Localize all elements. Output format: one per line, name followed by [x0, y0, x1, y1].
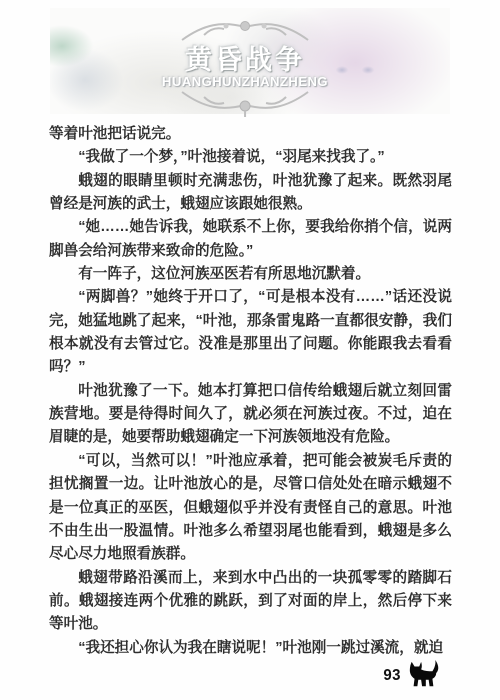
paragraph: “我做了一个梦，”叶池接着说，“羽尾来找我了。”	[49, 146, 452, 169]
series-title: 黄昏战争	[185, 46, 305, 74]
page-number: 93	[383, 666, 401, 684]
paragraph: 有一阵子，这位河族巫医若有所思地沉默着。	[49, 263, 452, 286]
paragraph: “可以，当然可以！”叶池应承着，把可能会被炭毛斥责的担忧搁置一边。让叶池放心的是…	[49, 450, 452, 567]
series-title-pinyin: HUANGHUNZHANZHENG	[162, 75, 328, 88]
page-footer: 93	[383, 656, 440, 694]
cat-silhouette-icon	[406, 659, 440, 691]
paragraph: 等着叶池把话说完。	[49, 123, 452, 146]
header-art: 黄昏战争 HUANGHUNZHANZHENG	[50, 8, 450, 114]
paragraph: “两脚兽？”她终于开口了，“可是根本没有……”话还没说完，她猛地跳了起来，“叶池…	[49, 286, 452, 379]
paragraph: 蛾翅带路沿溪而上，来到水中凸出的一块孤零零的踏脚石前。蛾翅接连两个优雅的跳跃，到…	[49, 567, 452, 637]
series-emblem: 黄昏战争 HUANGHUNZHANZHENG	[162, 18, 328, 123]
page-text: 等着叶池把话说完。“我做了一个梦，”叶池接着说，“羽尾来找我了。”蛾翅的眼睛里顿…	[49, 123, 452, 660]
paragraph: “她……她告诉我，她联系不上你，要我给你捎个信，说两脚兽会给河族带来致命的危险。…	[49, 216, 452, 263]
paragraph: 叶池犹豫了一下。她本打算把口信传给蛾翅后就立刻回雷族营地。要是待得时间久了，就必…	[49, 380, 452, 450]
ornament-bottom-icon	[170, 88, 320, 123]
paragraph: 蛾翅的眼睛里顿时充满悲伤，叶池犹豫了起来。既然羽尾曾经是河族的武士，蛾翅应该跟她…	[49, 170, 452, 217]
